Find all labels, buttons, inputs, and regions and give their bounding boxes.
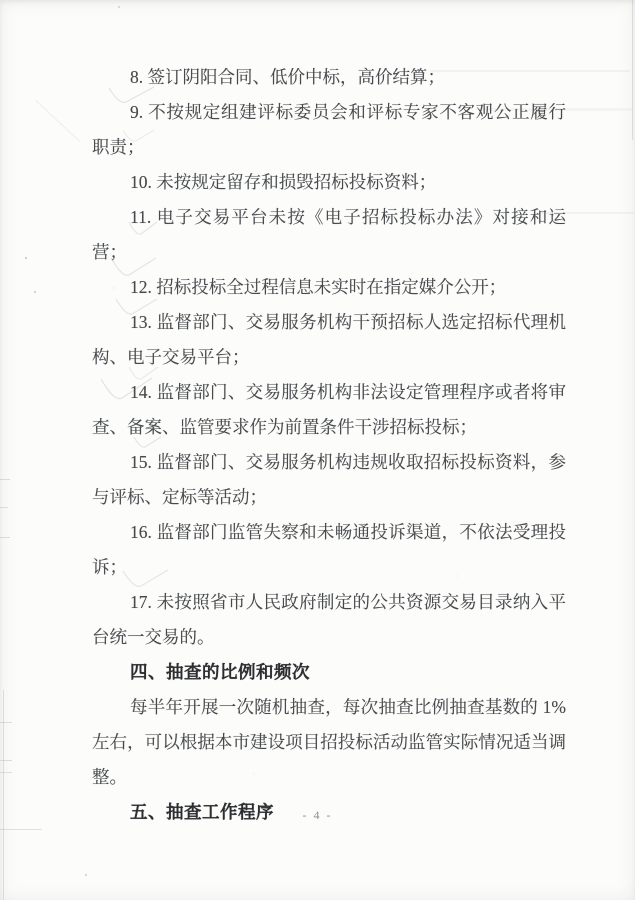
scan-edge-line	[632, 0, 633, 140]
scan-scratch	[35, 100, 80, 142]
paragraph: 17. 未按照省市人民政府制定的公共资源交易目录纳入平台统一交易的。	[92, 585, 566, 655]
paragraph: 15. 监督部门、交易服务机构违规收取招标投标资料，参与评标、定标等活动；	[92, 445, 566, 515]
scan-edge-line	[3, 690, 4, 900]
document-body: 8. 签订阴阳合同、低价中标，高价结算；9. 不按规定组建评标委员会和评标专家不…	[92, 60, 566, 830]
scan-edge-tick	[0, 829, 42, 830]
paragraph: 12. 招标投标全过程信息未实时在指定媒介公开；	[92, 270, 566, 305]
scan-dot	[85, 874, 87, 876]
paragraph: 14. 监督部门、交易服务机构非法设定管理程序或者将审查、备案、监管要求作为前置…	[92, 375, 566, 445]
scan-edge-tick	[0, 772, 12, 773]
paragraph: 11. 电子交易平台未按《电子招标投标办法》对接和运营；	[92, 200, 566, 270]
paragraph: 13. 监督部门、交易服务机构干预招标人选定招标代理机构、电子交易平台；	[92, 305, 566, 375]
paragraph: 每半年开展一次随机抽查，每次抽查比例抽查基数的 1%左右，可以根据本市建设项目招…	[92, 690, 566, 795]
paragraph: 10. 未按规定留存和损毁招标投标资料；	[92, 165, 566, 200]
paragraph: 16. 监督部门监管失察和未畅通投诉渠道，不依法受理投诉；	[92, 515, 566, 585]
scan-edge-tick	[0, 722, 12, 723]
paragraph: 9. 不按规定组建评标委员会和评标专家不客观公正履行职责；	[92, 95, 566, 165]
scan-edge-tick	[0, 479, 10, 480]
scan-dot	[25, 257, 27, 259]
scan-dot	[34, 291, 36, 293]
scan-edge-tick	[0, 507, 8, 508]
paragraph: 8. 签订阴阳合同、低价中标，高价结算；	[92, 60, 566, 95]
scan-edge-tick	[0, 760, 12, 761]
section-heading: 四、抽查的比例和频次	[92, 655, 566, 690]
scan-edge-tick	[0, 537, 10, 538]
scanned-document-page: 8. 签订阴阳合同、低价中标，高价结算；9. 不按规定组建评标委员会和评标专家不…	[0, 0, 635, 900]
page-number: - 4 -	[0, 808, 635, 823]
scan-dot	[118, 6, 120, 8]
